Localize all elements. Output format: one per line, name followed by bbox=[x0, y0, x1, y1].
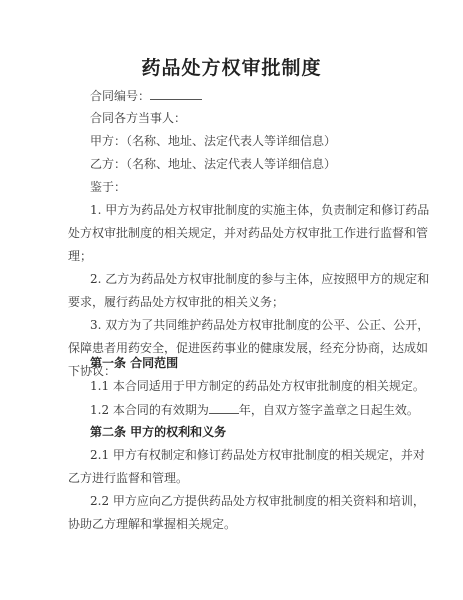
contract-number-line: 合同编号： bbox=[90, 87, 202, 104]
recital-2-line-2: 要求，履行药品处方权审批的相关义务； bbox=[68, 294, 284, 310]
clause-2-1-line-2: 乙方进行监督和管理。 bbox=[68, 470, 188, 486]
document-title: 药品处方权审批制度 bbox=[0, 53, 463, 80]
validity-years-blank bbox=[209, 401, 239, 414]
contract-number-blank bbox=[150, 87, 202, 100]
clause-2-2-line-1: 2.2 甲方应向乙方提供药品处方权审批制度的相关资料和培训， bbox=[90, 493, 425, 509]
clause-1-2: 1.2 本合同的有效期为年，自双方签字盖章之日起生效。 bbox=[90, 401, 419, 418]
recital-3-line-2: 保障患者用药安全，促进医药事业的健康发展，经充分协商，达成如 bbox=[68, 340, 428, 356]
document-page: 药品处方权审批制度 合同编号： 合同各方当事人： 甲方：（名称、地址、法定代表人… bbox=[0, 0, 463, 600]
party-a-line: 甲方：（名称、地址、法定代表人等详细信息） bbox=[90, 133, 336, 149]
recital-1-line-2: 处方权审批制度的相关规定，并对药品处方权审批工作进行监督和管 bbox=[68, 225, 428, 241]
clause-1-1: 1.1 本合同适用于甲方制定的药品处方权审批制度的相关规定。 bbox=[90, 378, 425, 394]
recital-1-line-3: 理； bbox=[68, 248, 92, 264]
parties-label: 合同各方当事人： bbox=[90, 110, 186, 126]
recital-1-line-1: 1. 甲方为药品处方权审批制度的实施主体，负责制定和修订药品 bbox=[90, 202, 429, 218]
article-1-heading: 第一条 合同范围 bbox=[90, 355, 178, 371]
article-2-heading: 第二条 甲方的权利和义务 bbox=[90, 424, 226, 440]
clause-1-2-prefix: 1.2 本合同的有效期为 bbox=[90, 403, 209, 417]
party-b-line: 乙方：（名称、地址、法定代表人等详细信息） bbox=[90, 156, 336, 172]
contract-number-label: 合同编号： bbox=[90, 89, 150, 103]
clause-2-1-line-1: 2.1 甲方有权制定和修订药品处方权审批制度的相关规定，并对 bbox=[90, 447, 425, 463]
clause-1-2-suffix: 年，自双方签字盖章之日起生效。 bbox=[239, 403, 419, 417]
whereas-label: 鉴于： bbox=[90, 179, 126, 195]
clause-2-2-line-2: 协助乙方理解和掌握相关规定。 bbox=[68, 516, 236, 532]
recital-3-line-1: 3. 双方为了共同维护药品处方权审批制度的公平、公正、公开， bbox=[90, 317, 429, 333]
recital-2-line-1: 2. 乙方为药品处方权审批制度的参与主体，应按照甲方的规定和 bbox=[90, 271, 429, 287]
